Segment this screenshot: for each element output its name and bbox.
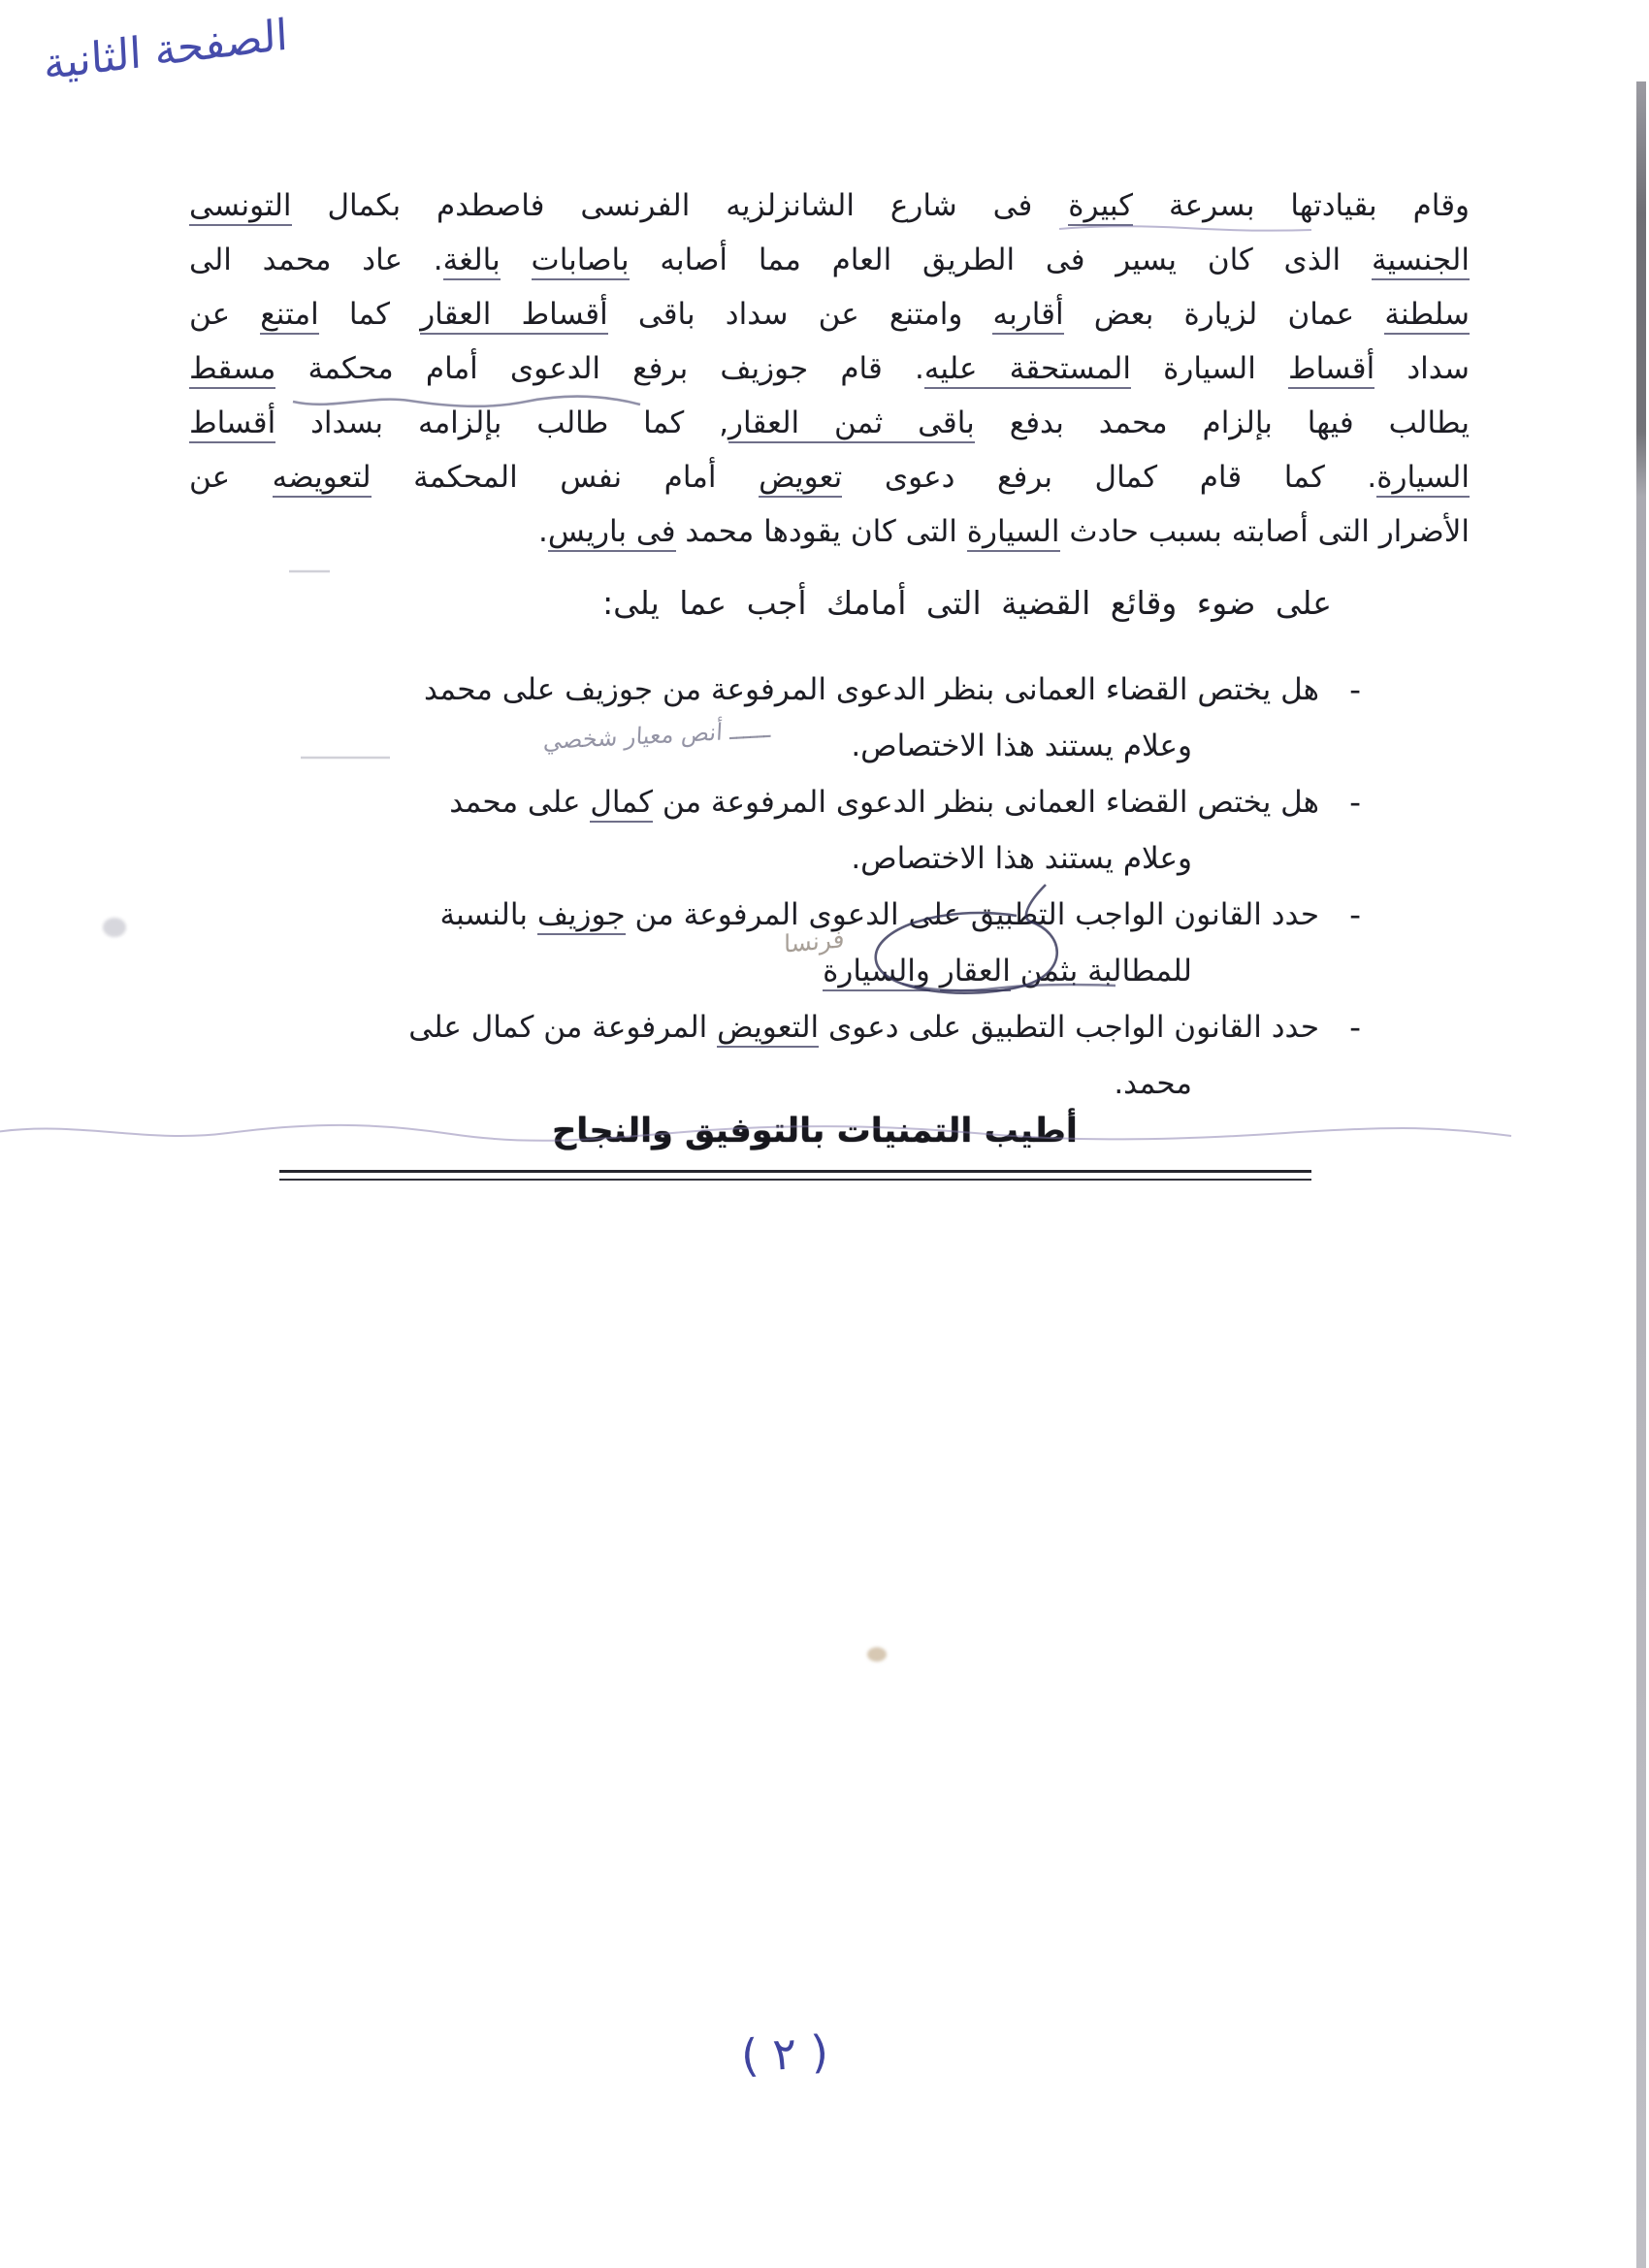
underlined-word: التونسى <box>189 188 292 226</box>
scan-speck <box>867 1647 887 1662</box>
question-line: وعلام يستند هذا الاختصاص. <box>189 830 1192 887</box>
text-segment: عن <box>189 460 273 495</box>
paragraph-line: سداد أقساط السيارة المستحقة عليه. قام جو… <box>189 341 1470 396</box>
underlined-word: المستحقة عليه <box>924 351 1131 389</box>
handwritten-annotation-france: فرنسا <box>784 924 844 958</box>
questions-list: - هل يختص القضاء العمانى بنظر الدعوى الم… <box>189 662 1470 1112</box>
questions-intro-text: على ضوء وقائع القضية التى أمامك أجب عما … <box>189 584 1332 622</box>
underlined-word: لتعويضه <box>273 460 372 498</box>
paragraph-line: سلطنة عمان لزيارة بعض أقاربه وامتنع عن س… <box>189 287 1470 341</box>
question-line: هل يختص القضاء العمانى بنظر الدعوى المرف… <box>189 774 1319 830</box>
text-segment: هل يختص القضاء العمانى بنظر الدعوى المرف… <box>424 672 1319 707</box>
text-segment: يطالب فيها بإلزام محمد بدفع <box>975 405 1470 440</box>
bullet-dash: - <box>1349 887 1361 943</box>
underlined-word: امتنع <box>260 297 318 335</box>
scanned-document-page: الصفحة الثانية وقام بقيادتها بسرعة كبيرة… <box>0 0 1649 2268</box>
text-segment: . كما قام كمال برفع دعوى <box>842 460 1376 495</box>
handwritten-page-note: الصفحة الثانية <box>43 11 289 90</box>
question-item: - هل يختص القضاء العمانى بنظر الدعوى الم… <box>189 774 1470 887</box>
text-segment: سداد <box>1374 351 1470 386</box>
underlined-word: باصابات <box>532 243 630 280</box>
text-segment: التى كان يقودها محمد <box>676 514 967 549</box>
text-segment: وعلام يستند هذا الاختصاص. <box>851 729 1192 763</box>
text-segment: محمد. <box>1114 1066 1192 1101</box>
bullet-dash: - <box>1349 774 1361 830</box>
underlined-word: أقساط العقار <box>420 297 608 335</box>
scan-speck <box>103 918 126 937</box>
case-paragraph: وقام بقيادتها بسرعة كبيرة فى شارع الشانز… <box>189 178 1470 559</box>
text-segment: . عاد محمد الى <box>189 243 443 277</box>
text-segment: الأضرار التى أصابته بسبب حادث <box>1060 514 1470 549</box>
handwritten-page-number: ( ٢ ) <box>740 2025 830 2083</box>
underlined-word: سلطنة <box>1384 297 1470 335</box>
scan-edge-band <box>1636 81 1646 2268</box>
underlined-word: بالغة <box>443 243 501 280</box>
underlined-word: كمال <box>590 785 653 823</box>
underlined-word: باقى ثمن العقار <box>728 405 975 443</box>
text-segment: حدد القانون الواجب التطبيق على دعوى <box>819 1010 1319 1045</box>
text-segment <box>930 954 940 988</box>
paragraph-line: يطالب فيها بإلزام محمد بدفع باقى ثمن الع… <box>189 396 1470 450</box>
paragraph-line: السيارة. كما قام كمال برفع دعوى تعويض أم… <box>189 450 1470 504</box>
closing-wishes: أطيب التمنيات بالتوفيق والنجاح <box>436 1112 1193 1150</box>
underlined-word: أقاربه <box>992 297 1063 335</box>
text-segment: وامتنع عن سداد باقى <box>608 297 993 332</box>
paragraph-line: وقام بقيادتها بسرعة كبيرة فى شارع الشانز… <box>189 178 1470 233</box>
question-line: هل يختص القضاء العمانى بنظر الدعوى المرف… <box>189 662 1319 718</box>
text-segment: هل يختص القضاء العمانى بنظر الدعوى المرف… <box>653 785 1319 820</box>
underlined-word: والسيارة <box>823 954 930 991</box>
underlined-word: أقساط <box>1288 351 1374 389</box>
underlined-word: التعويض <box>717 1010 819 1048</box>
underlined-word: الجنسية <box>1372 243 1470 280</box>
question-item: - حدد القانون الواجب التطبيق على دعوى ال… <box>189 999 1470 1112</box>
text-segment: عن <box>189 297 260 332</box>
underlined-word: مسقط <box>189 351 275 389</box>
text-segment: أمام نفس المحكمة <box>372 460 760 495</box>
text-segment: . قام جوزيف برفع الدعوى أمام محكمة <box>275 351 923 386</box>
text-segment: للمطالبة بثمن <box>1011 954 1192 988</box>
bullet-dash: - <box>1349 999 1361 1055</box>
text-segment: المرفوعة من كمال على <box>408 1010 717 1045</box>
text-segment: عمان لزيارة بعض <box>1064 297 1385 332</box>
text-segment: , كما طالب بإلزامه بسداد <box>275 405 728 440</box>
text-segment: حدد القانون الواجب التطبيق على الدعوى ال… <box>626 897 1319 932</box>
text-segment: بالنسبة <box>439 897 536 932</box>
text-segment <box>501 243 532 277</box>
question-line: للمطالبة بثمن العقار والسيارة <box>189 943 1192 999</box>
double-rule <box>279 1170 1311 1181</box>
underlined-word: أقساط <box>189 405 275 443</box>
paragraph-line: الأضرار التى أصابته بسبب حادث السيارة ال… <box>189 504 1470 559</box>
text-segment: كما <box>319 297 420 332</box>
underlined-word: فى باريس <box>548 514 676 552</box>
text-segment: على محمد <box>449 785 590 820</box>
question-line: حدد القانون الواجب التطبيق على دعوى التع… <box>189 999 1319 1055</box>
underlined-word: تعويض <box>759 460 842 498</box>
text-segment: فى شارع الشانزلزيه الفرنسى فاصطدم بكمال <box>292 188 1069 223</box>
text-segment: . <box>538 514 548 549</box>
underlined-word: جوزيف <box>537 897 626 935</box>
text-segment: السيارة <box>1131 351 1288 386</box>
questions-intro: على ضوء وقائع القضية التى أمامك أجب عما … <box>189 584 1470 622</box>
question-item: - هل يختص القضاء العمانى بنظر الدعوى الم… <box>189 662 1470 774</box>
text-segment: الذى كان يسير فى الطريق العام مما أصابه <box>630 243 1372 277</box>
underlined-word: كبيرة <box>1068 188 1133 226</box>
underlined-word: السيارة <box>967 514 1060 552</box>
text-segment: وعلام يستند هذا الاختصاص. <box>851 841 1192 876</box>
underlined-word: العقار <box>940 954 1011 991</box>
bullet-dash: - <box>1349 662 1361 718</box>
question-line: حدد القانون الواجب التطبيق على الدعوى ال… <box>189 887 1319 943</box>
underlined-word: السيارة <box>1376 460 1470 498</box>
paragraph-line: الجنسية الذى كان يسير فى الطريق العام مم… <box>189 233 1470 287</box>
text-segment: وقام بقيادتها بسرعة <box>1133 188 1470 223</box>
question-line: محمد. <box>189 1055 1192 1112</box>
